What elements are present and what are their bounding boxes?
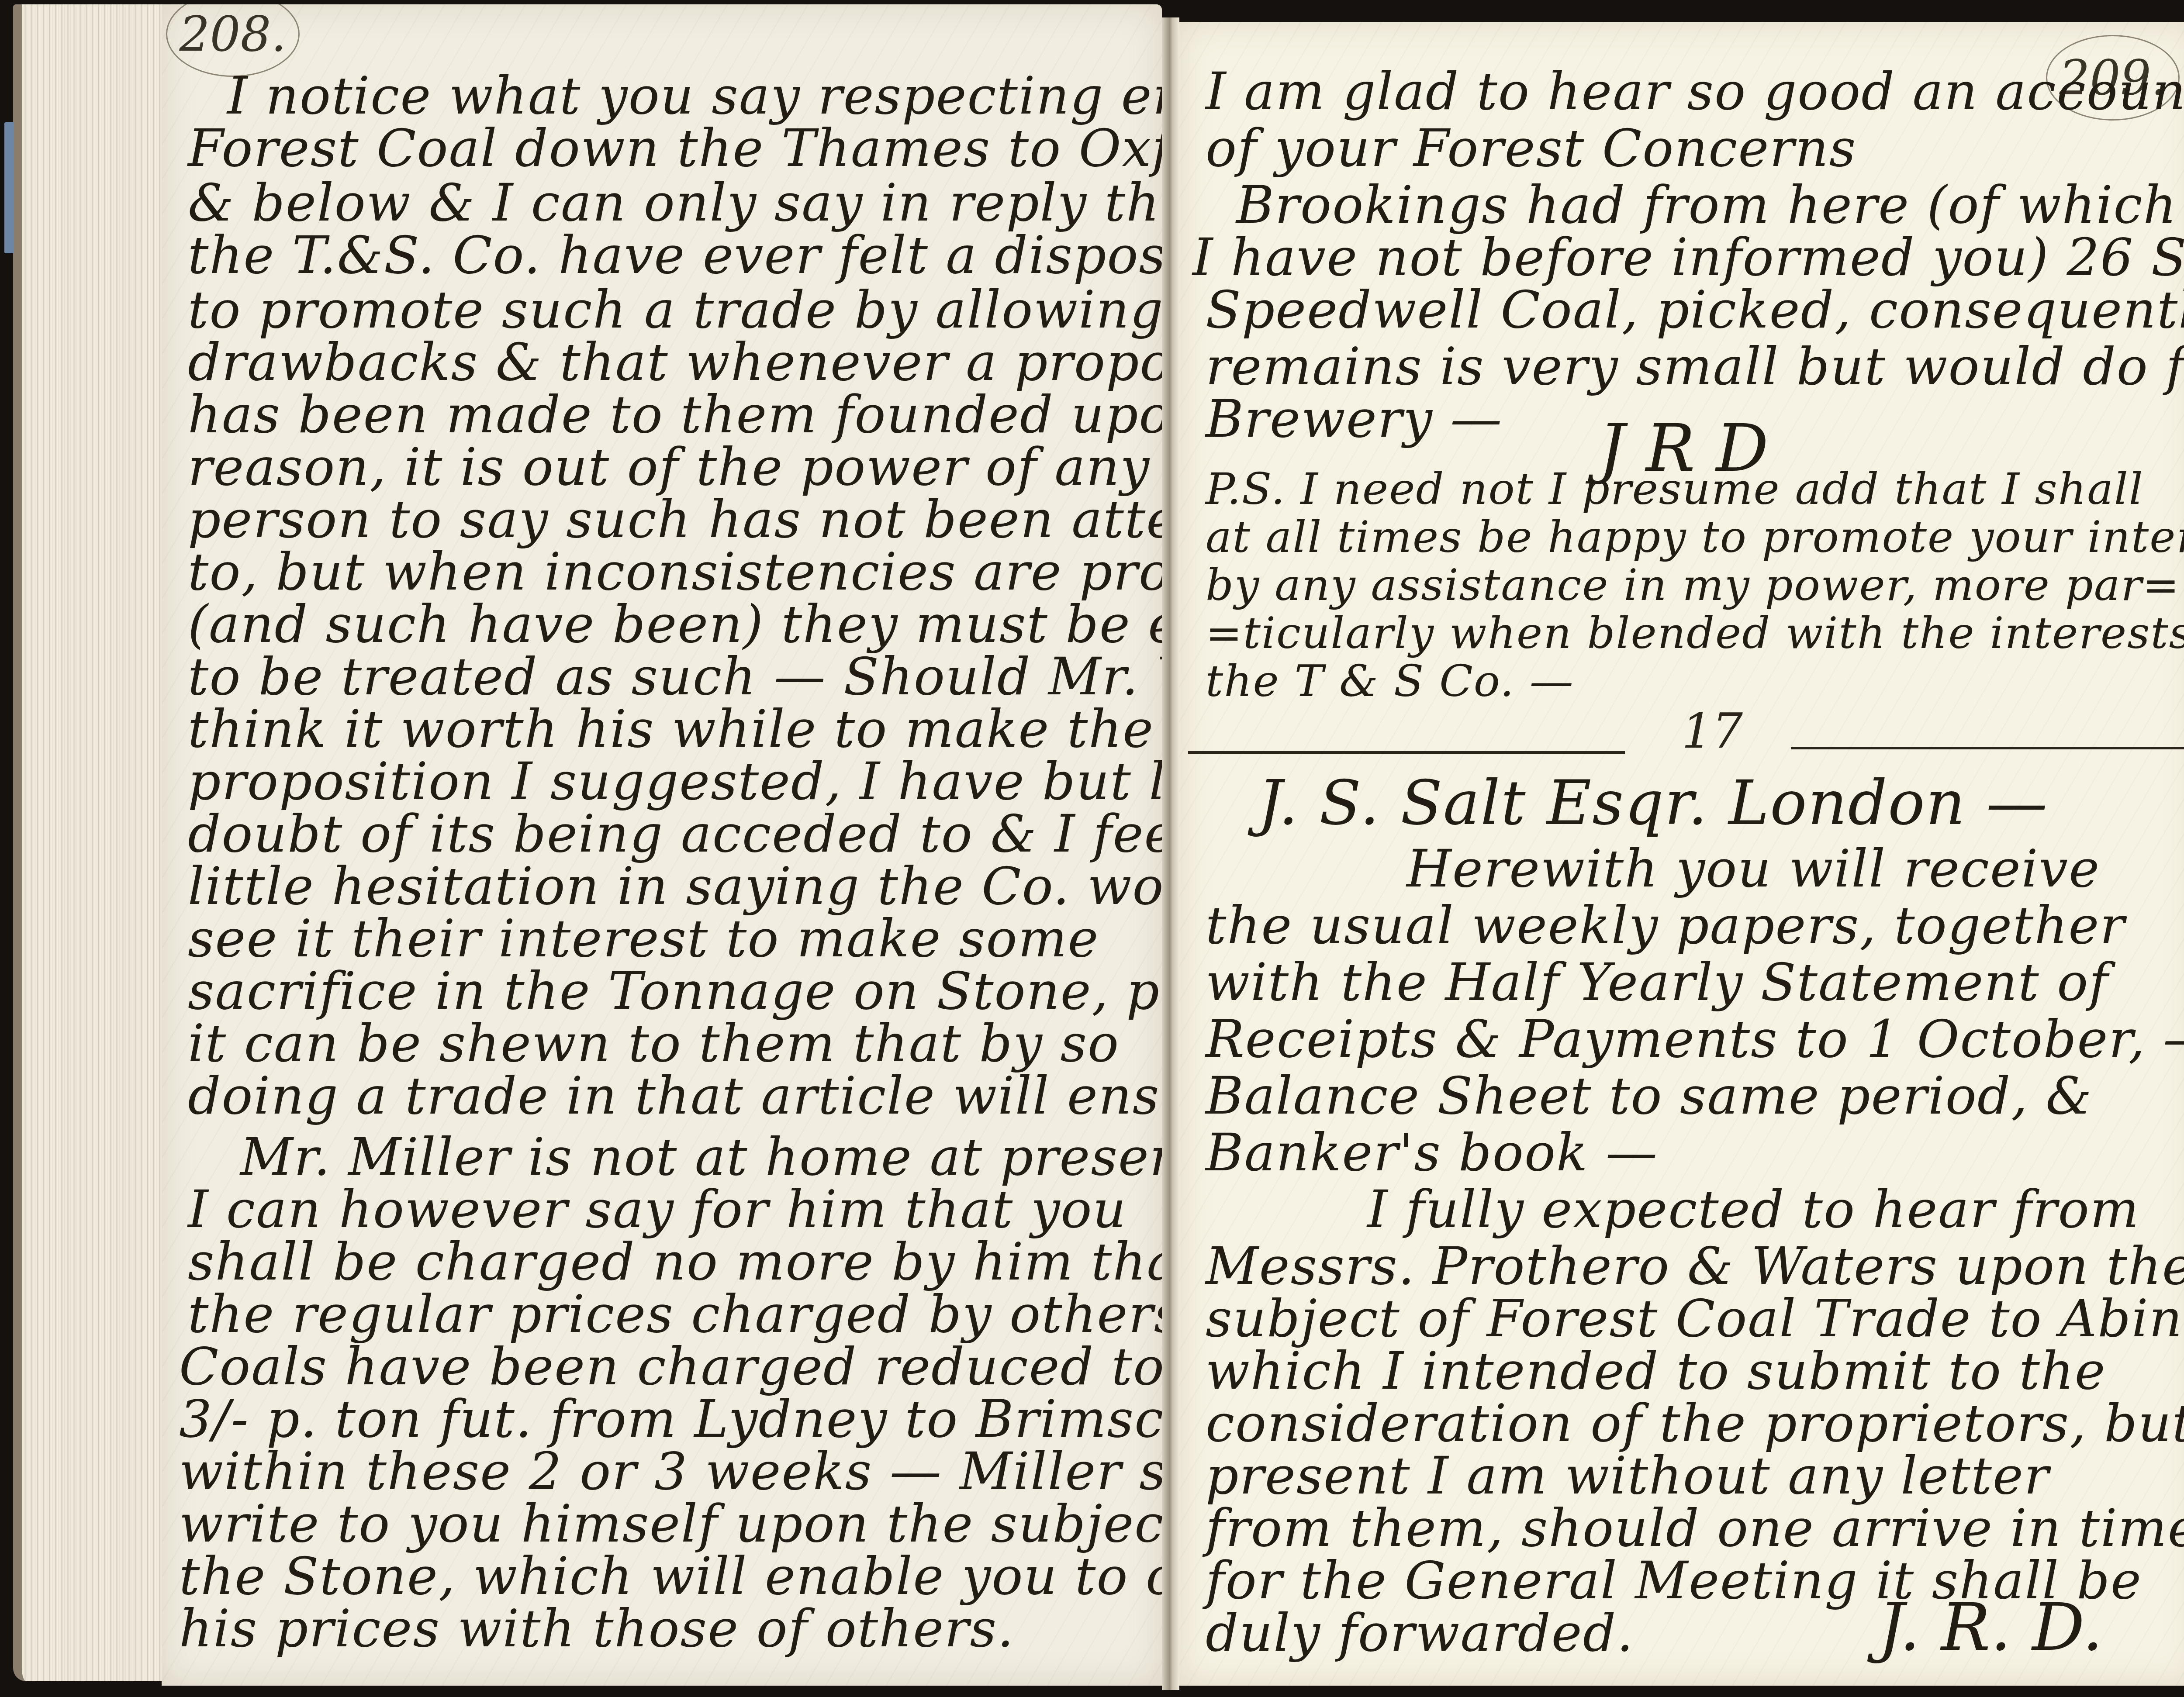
entry-number: 17 [1682, 703, 1743, 759]
divider-rule-right [1791, 747, 2184, 749]
text-line: I am glad to hear so good an account [1206, 66, 2184, 117]
text-line: present I am without any letter [1206, 1450, 2049, 1501]
text-line: I notice what you say respecting encoura… [227, 70, 1162, 121]
text-line: Receipts & Payments to 1 October, — [1206, 1013, 2184, 1065]
text-line: within these 2 or 3 weeks — Miller shall [179, 1445, 1162, 1497]
text-line: little hesitation in saying the Co. woul… [188, 860, 1162, 912]
text-line: I can however say for him that you [188, 1183, 1127, 1235]
text-line: has been made to them founded upon [188, 389, 1162, 440]
text-line: with the Half Yearly Statement of [1206, 956, 2109, 1008]
text-line: sacrifice in the Tonnage on Stone, provi… [188, 965, 1162, 1017]
text-line: remains is very small but would do for a [1206, 341, 2184, 392]
text-line: think it worth his while to make the [188, 703, 1154, 755]
addressee-line: J. S. Salt Esqr. London — [1258, 773, 2048, 834]
text-line: doubt of its being acceded to & I feel [188, 808, 1162, 859]
text-line: from them, should one arrive in time [1206, 1502, 2184, 1554]
text-line: Forest Coal down the Thames to Oxford [188, 122, 1162, 174]
text-line: Brookings had from here (of which I beli… [1236, 179, 2184, 231]
text-line: the regular prices charged by others. [188, 1288, 1162, 1340]
text-line: 3/- p. ton fut. from Lydney to Brimscomb… [179, 1393, 1162, 1445]
text-line: the T.&S. Co. have ever felt a dispositi… [188, 229, 1162, 281]
stacked-page-edges [13, 4, 170, 1681]
text-line: it can be shewn to them that by so [188, 1018, 1120, 1069]
text-line: (and such have been) they must be expect [188, 598, 1162, 650]
text-line: I have not before informed you) 26 Sept.… [1192, 231, 2184, 283]
text-line: =ticularly when blended with the interes… [1206, 611, 2184, 655]
text-line: proposition I suggested, I have but litt… [188, 755, 1162, 807]
text-line: at all times be happy to promote your in… [1206, 515, 2184, 559]
book-spread: 208. I notice what you say respecting en… [0, 0, 2184, 1697]
text-line: the T & S Co. — [1206, 659, 1574, 703]
text-line: to be treated as such — Should Mr. Water… [188, 651, 1162, 702]
text-line: Brewery — [1206, 393, 1503, 445]
text-line: write to you himself upon the subject of [179, 1498, 1162, 1549]
text-line: drawbacks & that whenever a proposition [188, 336, 1162, 388]
text-line: the usual weekly papers, together [1206, 900, 2125, 951]
text-line: Coals have been charged reduced to [179, 1341, 1162, 1392]
signature-initials-final: J. R. D. [1878, 1590, 2103, 1666]
text-line: consideration of the proprietors, but at [1206, 1397, 2184, 1449]
text-line: Banker's book — [1206, 1127, 1658, 1178]
text-line: Messrs. Prothero & Waters upon the [1206, 1240, 2184, 1292]
text-line: Herewith you will receive [1406, 843, 2100, 894]
text-line: see it their interest to make some [188, 913, 1099, 964]
text-line: P.S. I need not I presume add that I sha… [1206, 467, 2144, 511]
text-line: Speedwell Coal, picked, consequently tha… [1206, 284, 2184, 335]
text-line: to promote such a trade by allowing [188, 284, 1162, 335]
text-line: reason, it is out of the power of any [188, 441, 1150, 493]
text-line: person to say such has not been attended [188, 493, 1162, 545]
text-line: shall be charged no more by him than [188, 1236, 1162, 1287]
text-line: by any assistance in my power, more par= [1206, 563, 2180, 607]
text-line: which I intended to submit to the [1206, 1345, 2106, 1397]
divider-rule-left [1188, 751, 1625, 754]
text-line: & below & I can only say in reply that [188, 177, 1162, 228]
right-page: 209. I am glad to hear so good an accoun… [1179, 22, 2184, 1686]
left-page: 208. I notice what you say respecting en… [162, 4, 1162, 1686]
text-line: doing a trade in that article will ensue… [188, 1070, 1162, 1121]
binding-tab [4, 122, 14, 253]
book-gutter [1162, 17, 1179, 1690]
text-line: his prices with those of others. [179, 1603, 1014, 1654]
text-line: Mr. Miller is not at home at present, [240, 1131, 1162, 1183]
text-line: I fully expected to hear from [1367, 1183, 2140, 1235]
text-line: of your Forest Concerns [1206, 122, 1856, 174]
text-line: to, but when inconsistencies are propose… [188, 546, 1162, 597]
text-line: subject of Forest Coal Trade to Abingdon… [1206, 1293, 2184, 1344]
text-line: Balance Sheet to same period, & [1206, 1070, 2092, 1121]
text-line: the Stone, which will enable you to comp… [179, 1550, 1162, 1602]
text-line: duly forwarded. [1206, 1607, 1634, 1659]
